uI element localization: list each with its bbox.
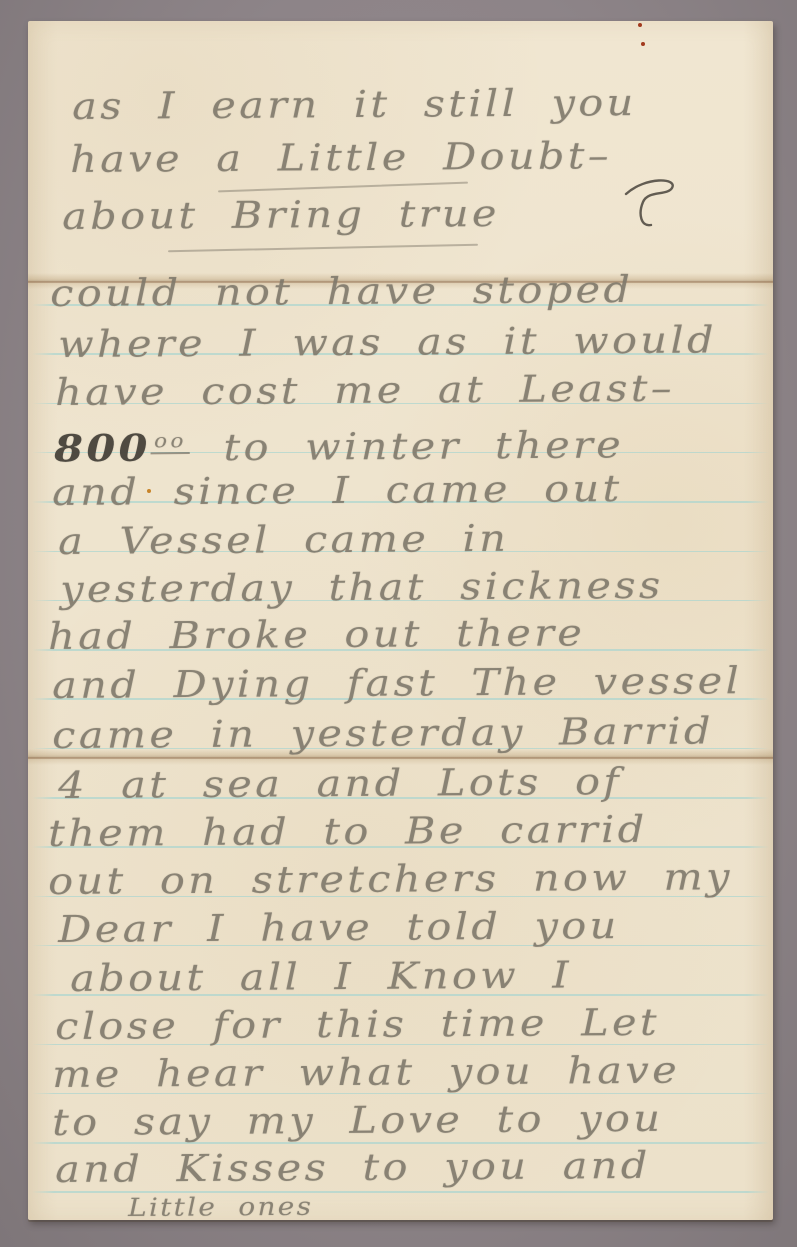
handwriting-line: had Broke out there bbox=[48, 610, 585, 660]
handwriting-line: have a Little Doubt– bbox=[70, 133, 612, 183]
handwriting-line: out on stretchers now my bbox=[48, 854, 733, 905]
photo-background: as I earn it still youhave a Little Doub… bbox=[0, 0, 797, 1247]
handwriting-line: Little ones bbox=[128, 1192, 313, 1223]
paper-speck bbox=[147, 489, 151, 493]
handwriting-line: a Vessel came in bbox=[58, 516, 509, 565]
handwriting-line: Dear I have told you bbox=[58, 903, 620, 953]
handwriting-line: and Kisses to you and bbox=[55, 1143, 651, 1193]
handwriting-line: close for this time Let bbox=[55, 1000, 660, 1050]
handwriting-text: to winter there bbox=[190, 423, 624, 469]
paper-speck bbox=[638, 23, 642, 27]
handwriting-line: came in yesterday Barrid bbox=[52, 708, 714, 759]
handwriting-line: 800oo to winter there bbox=[54, 415, 624, 472]
handwriting-line: 4 at sea and Lots of bbox=[58, 759, 622, 809]
pen-flourish-mark bbox=[612, 172, 702, 238]
handwriting-line: have cost me at Least– bbox=[55, 366, 675, 416]
handwriting-line: as I earn it still you bbox=[72, 80, 637, 130]
handwriting-line: and since I came out bbox=[52, 466, 623, 516]
handwriting-amount: 800 bbox=[54, 426, 151, 471]
handwriting-line: them had to Be carrid bbox=[48, 807, 648, 857]
handwriting-line: to say my Love to you bbox=[52, 1096, 663, 1146]
handwriting-line: about Bring true bbox=[62, 191, 500, 240]
handwriting-line: about all I Know I bbox=[70, 952, 572, 1002]
paper-speck bbox=[641, 42, 645, 46]
handwriting-line: me hear what you have bbox=[52, 1048, 680, 1098]
handwriting-line: and Dying fast The vessel bbox=[52, 658, 742, 709]
handwriting-line: where I was as it would bbox=[58, 317, 717, 368]
handwriting-line: could not have stoped bbox=[50, 267, 633, 317]
handwriting-cents-superscript: oo bbox=[151, 429, 191, 454]
handwriting-line: yesterday that sickness bbox=[60, 563, 664, 613]
